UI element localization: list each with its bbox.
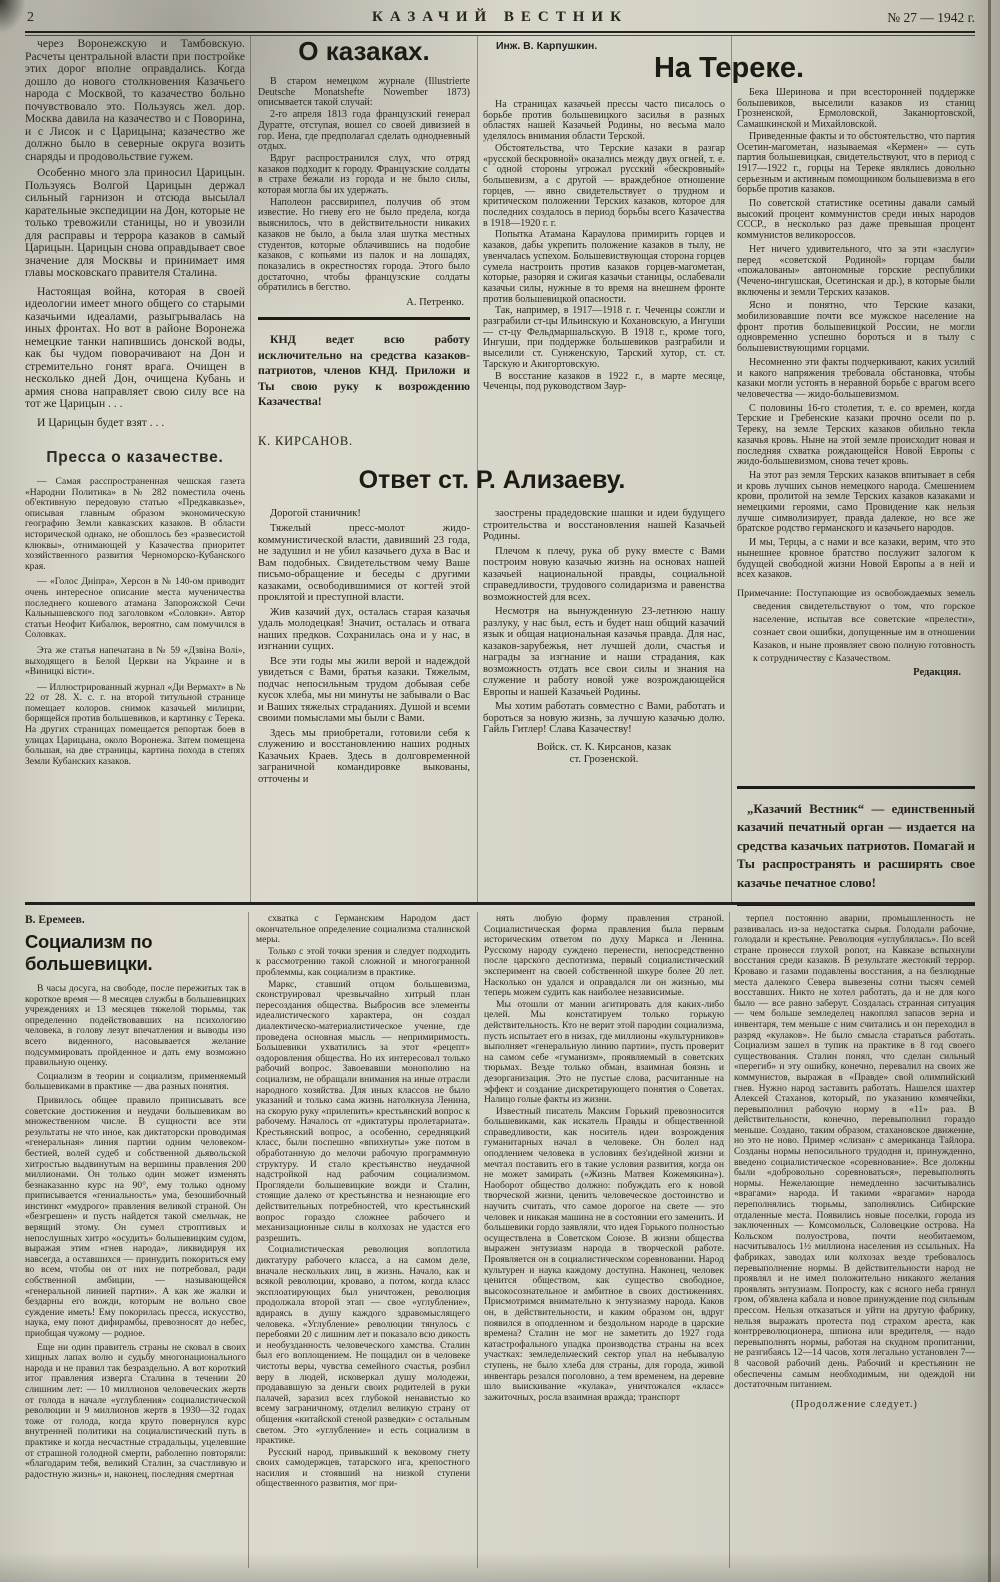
salutation: Дорогой станичник! — [258, 508, 470, 519]
paragraph: схватка с Германским Народом даст оконча… — [256, 914, 470, 946]
article-title-otvet: Ответ ст. Р. Ализаеву. — [258, 466, 726, 495]
note-signature-redakcia: Редакция. — [737, 667, 975, 678]
section-separator-rule — [25, 902, 975, 905]
paragraph: И Царицын будет взят . . . — [25, 417, 245, 430]
paragraph: На страницах казачьей прессы часто писал… — [483, 100, 725, 143]
paragraph: По советской статистике осетины давали с… — [737, 199, 975, 242]
section-title-pressa: Пресса о казачестве. — [25, 449, 245, 467]
paragraph: Русский народ, привыкший к вековому гнет… — [256, 1448, 470, 1490]
paragraph: Тяжелый пресс-молот жидо-коммунистическо… — [258, 523, 470, 604]
paragraph: Вдруг распространился слух, что отряд ка… — [258, 154, 470, 197]
scan-corner-artifact — [0, 0, 26, 34]
article-title-na-tereke: На Тереке. — [483, 52, 975, 85]
paragraph: Здесь мы приобретали, готовили себя к сл… — [258, 728, 470, 786]
masthead: 2 КАЗАЧИЙ ВЕСТНИК № 27 — 1942 г. — [25, 8, 975, 30]
article-socialism-col2: схватка с Германским Народом даст оконча… — [256, 914, 470, 1568]
press-item: Эта же статья напечатана в № 59 «Дзвiна … — [25, 646, 245, 678]
paragraph: Нет ничего удивительного, что за эти «за… — [737, 245, 975, 299]
signature-kirsanov-line2: ст. Грозенской. — [483, 753, 725, 765]
section-rule — [258, 317, 470, 320]
article-na-tereke-right: Бека Шеринова и при всесторонней поддерж… — [737, 88, 975, 784]
newspaper-title: КАЗАЧИЙ ВЕСТНИК — [25, 9, 975, 26]
continuation-note: (Продолжение следует.) — [734, 1399, 975, 1410]
article-otvet-left: Дорогой станичник! Тяжелый пресс-молот ж… — [258, 508, 470, 902]
press-item: — Самая расспространенная чешская газета… — [25, 477, 245, 572]
paragraph: Ясно и понятно, что Терские казаки, моби… — [737, 301, 975, 355]
paragraph: Приведенные факты и то обстоятельство, ч… — [737, 132, 975, 196]
paragraph: Жив казачий дух, осталась старая казачья… — [258, 607, 470, 653]
paragraph: Попытка Атамана Караулова примирить горц… — [483, 230, 725, 305]
article-title-socialism: Социализм по большевицки. — [25, 931, 246, 975]
paragraph: Особенно много зла приносил Царицын. Пол… — [25, 167, 245, 280]
article-socialism-col1: В. Еремеев. Социализм по большевицки. В … — [25, 914, 246, 1568]
paragraph: Социалистическая революция воплотила дик… — [256, 1245, 470, 1446]
paragraph: Несмотря на вынужденную 23-летнюю нашу р… — [483, 606, 725, 698]
paragraph: Мы хотим работать совместно с Вами, рабо… — [483, 701, 725, 736]
press-item: — Иллюстрированный журнал «Ди Вермахт» в… — [25, 683, 245, 768]
scan-edge-artifact — [988, 0, 991, 1582]
paragraph: Так, например, в 1917—1918 г. г. Чеченцы… — [483, 306, 725, 370]
column-separator — [250, 36, 251, 902]
paragraph: Все эти годы мы жили верой и надеждой ув… — [258, 656, 470, 725]
issue-number: № 27 — 1942 г. — [887, 10, 975, 26]
paragraph: Настоящая война, которая в своей идеолог… — [25, 286, 245, 411]
paragraph: терпел постоянно аварии, промышленность … — [734, 914, 975, 1391]
paragraph: На этот раз земля Терских казаков впитыв… — [737, 471, 975, 535]
paragraph: 2-го апреля 1813 года французский генера… — [258, 110, 470, 153]
paragraph: Наполеон рассвирипел, получив об этом из… — [258, 198, 470, 294]
column-separator — [477, 912, 478, 1568]
press-item: — «Голос Днiпра», Херсон в № 140-ом прив… — [25, 577, 245, 641]
newspaper-page: 2 КАЗАЧИЙ ВЕСТНИК № 27 — 1942 г. через В… — [0, 0, 1000, 1582]
paragraph: В часы досуга, на свободе, после пережит… — [25, 984, 246, 1069]
byline-eremeev: В. Еремеев. — [25, 914, 246, 926]
paragraph: Мы отошли от мании агитировать для каких… — [484, 1000, 724, 1106]
promo-text: „Казачий Вестник“ — единственный казачий… — [737, 800, 975, 893]
paragraph: И мы, Терцы, а с нами и все казаки, вери… — [737, 538, 975, 581]
article-front-continuation: через Воронежскую и Тамбовскую. Расчеты … — [25, 38, 245, 902]
author-kirsanov: К. КИРСАНОВ. — [258, 434, 470, 449]
signature-kirsanov-line1: Войск. ст. К. Кирсанов, казак — [483, 741, 725, 753]
column-separator — [731, 36, 732, 902]
paragraph: Привилось общее правило приписывать все … — [25, 1096, 246, 1340]
paragraph: Бека Шеринова и при всесторонней поддерж… — [737, 88, 975, 131]
paragraph: Обстоятельства, что Терские казаки в раз… — [483, 144, 725, 230]
paragraph: Несомненно эти факты подчеркивают, каких… — [737, 358, 975, 401]
paragraph: В старом немецком журнале (Illustrierte … — [258, 77, 470, 109]
paragraph: В восстание казаков в 1922 г., в марте м… — [483, 372, 725, 393]
knd-appeal: КНД ведет всю работу исключительно на ср… — [258, 332, 470, 410]
article-na-tereke-left: На страницах казачьей прессы часто писал… — [483, 100, 725, 460]
paragraph: Социализм в теории и социализм, применяе… — [25, 1072, 246, 1093]
column-separator — [248, 912, 249, 1568]
paragraph: Только с этой точки зрения и следует под… — [256, 947, 470, 979]
article-socialism-col3: нять любую форму правления страной. Соци… — [484, 914, 724, 1568]
paragraph: Плечом к плечу, рука об руку вместе с Ва… — [483, 546, 725, 604]
paragraph: нять любую форму правления страной. Соци… — [484, 914, 724, 999]
article-title-o-kazakah: О казаках. — [258, 36, 470, 67]
article-otvet-right: заострены прадедовские шашки и идеи буду… — [483, 508, 725, 902]
paragraph: Известный писатель Максим Горький превоз… — [484, 1107, 724, 1404]
paragraph: Маркс, ставший отцом большевизма, сконст… — [256, 980, 470, 1245]
paragraph: Еще ни один правитель страны не сковал в… — [25, 1343, 246, 1481]
editorial-note: Примечание: Поступающие из освобождаемых… — [753, 587, 975, 665]
article-o-kazakah: О казаках. В старом немецком журнале (Il… — [258, 36, 470, 466]
promo-box: „Казачий Вестник“ — единственный казачий… — [737, 786, 975, 906]
masthead-rule — [25, 31, 975, 33]
article-socialism-col4: терпел постоянно аварии, промышленность … — [734, 914, 975, 1568]
column-separator — [729, 912, 730, 1568]
signature-petrenko: А. Петренко. — [258, 297, 470, 308]
masthead-rule-thin — [25, 35, 975, 36]
paragraph: через Воронежскую и Тамбовскую. Расчеты … — [25, 38, 245, 163]
paragraph: заострены прадедовские шашки и идеи буду… — [483, 508, 725, 543]
paragraph: С половины 16-го столетия, т. е. со врем… — [737, 404, 975, 468]
byline-karpushkin: Инж. В. Карпушкин. — [496, 40, 597, 52]
